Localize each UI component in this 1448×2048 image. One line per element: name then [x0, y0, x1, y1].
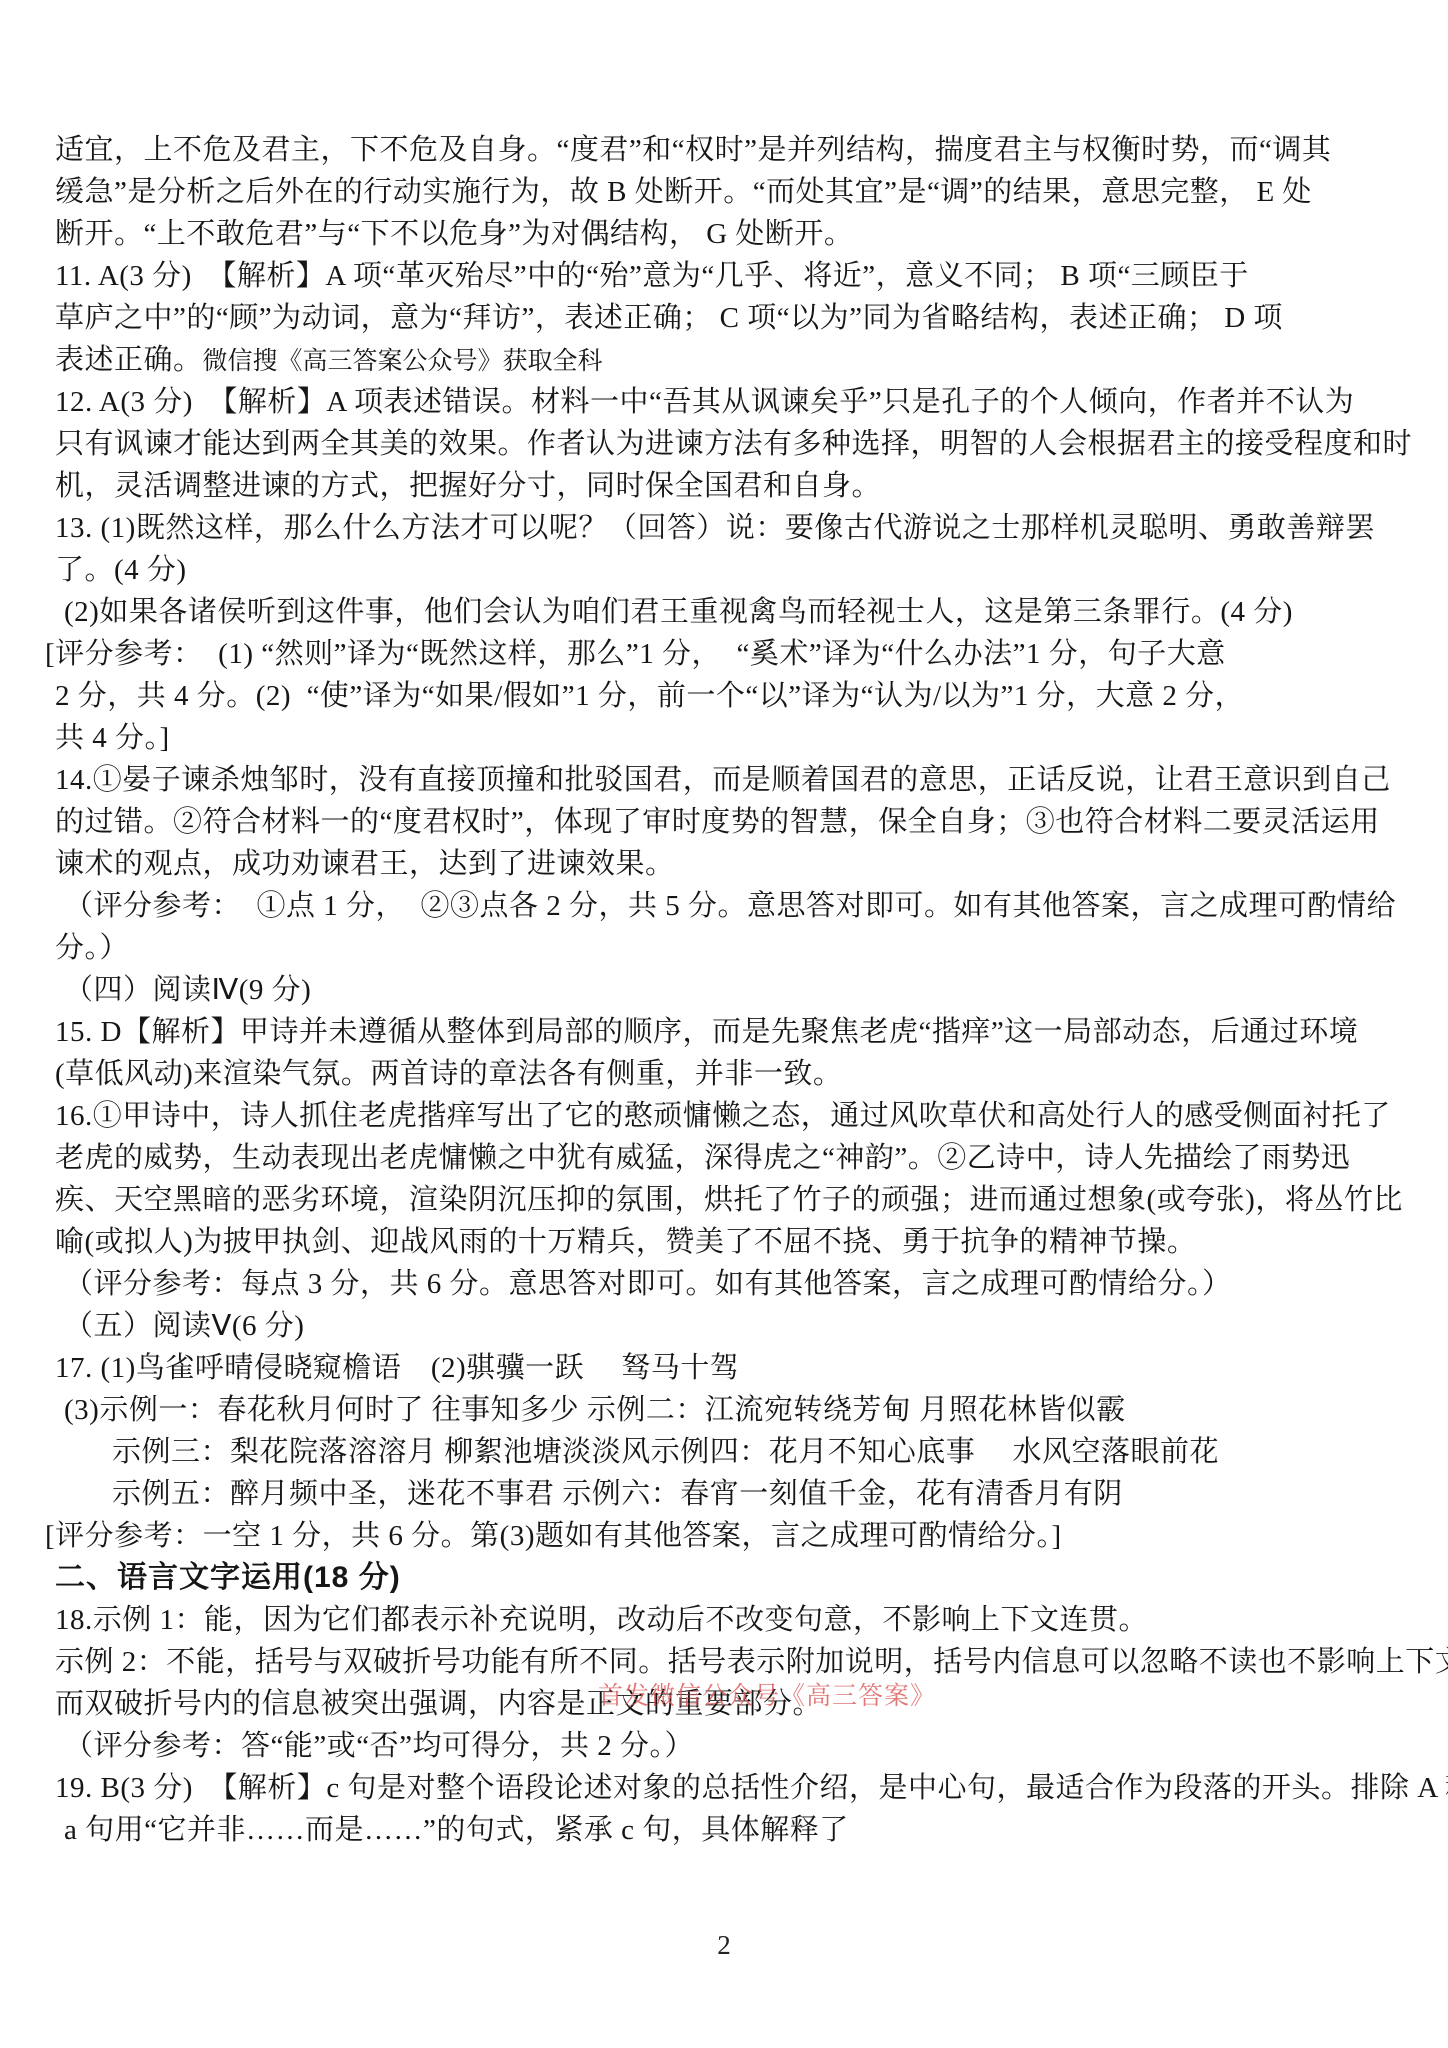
text-line: 机，灵活调整进谏的方式，把握好分寸，同时保全国君和自身。: [55, 465, 1405, 507]
text-line: 断开。“上不敢危君”与“下不以危身”为对偶结构， G 处断开。: [55, 213, 1405, 255]
answer-17-line: 17. (1)鸟雀呼晴侵晓窥檐语 (2)骐骥一跃 驽马十驾: [55, 1347, 1405, 1389]
text-line: 草庐之中”的“顾”为动词，意为“拜访”，表述正确； C 项“以为”同为省略结构，…: [55, 297, 1405, 339]
page-number: 2: [0, 1930, 1448, 1961]
text-line: (3)示例一：春花秋月何时了 往事知多少 示例二：江流宛转绕芳甸 月照花林皆似霰: [55, 1389, 1405, 1431]
section-reading-5-heading: （五）阅读Ⅴ(6 分): [55, 1305, 1405, 1347]
promo-text: 微信搜《高三答案公众号》获取全科: [203, 347, 603, 375]
text-line: (草低风动)来渲染气氛。两首诗的章法各有侧重，并非一致。: [55, 1053, 1405, 1095]
scoring-note-17-line: [评分参考：一空 1 分，共 6 分。第(3)题如有其他答案，言之成理可酌情给分…: [45, 1515, 1405, 1557]
text-line-with-promo: 表述正确。微信搜《高三答案公众号》获取全科: [55, 339, 1405, 381]
text-line: a 句用“它并非……而是……”的句式，紧承 c 句，具体解释了: [55, 1809, 1405, 1851]
answer-18-line: 18.示例 1：能，因为它们都表示补充说明，改动后不改变句意，不影响上下文连贯。: [55, 1599, 1405, 1641]
scoring-note-18-line: （评分参考：答“能”或“否”均可得分，共 2 分。）: [55, 1725, 1405, 1767]
answer-15-line: 15. D【解析】甲诗并未遵循从整体到局部的顺序，而是先聚焦老虎“揩痒”这一局部…: [55, 1011, 1405, 1053]
text-line: 只有讽谏才能达到两全其美的效果。作者认为进谏方法有多种选择，明智的人会根据君主的…: [55, 423, 1405, 465]
text-line: (2)如果各诸侯听到这件事，他们会认为咱们君王重视禽鸟而轻视士人，这是第三条罪行…: [55, 591, 1405, 633]
text-segment: 表述正确。: [55, 344, 203, 376]
answer-12-line: 12. A(3 分) 【解析】A 项表述错误。材料一中“吾其从讽谏矣乎”只是孔子…: [55, 381, 1405, 423]
answer-19-line: 19. B(3 分) 【解析】c 句是对整个语段论述对象的总括性介绍，是中心句，…: [55, 1767, 1405, 1809]
answer-sheet-page: 适宜，上不危及君主，下不危及自身。“度君”和“权时”是并列结构，揣度君主与权衡时…: [0, 0, 1448, 2048]
answer-16-line: 16.①甲诗中，诗人抓住老虎揩痒写出了它的憨顽慵懒之态，通过风吹草伏和高处行人的…: [55, 1095, 1405, 1137]
section-language-use-heading: 二、语言文字运用(18 分): [55, 1557, 1405, 1599]
text-line: 老虎的威势，生动表现出老虎慵懒之中犹有威猛，深得虎之“神韵”。②乙诗中，诗人先描…: [55, 1137, 1405, 1179]
text-line: 缓急”是分析之后外在的行动实施行为，故 B 处断开。“而处其宜”是“调”的结果，…: [55, 171, 1405, 213]
text-line: 疾、天空黑暗的恶劣环境，渲染阴沉压抑的氛围，烘托了竹子的顽强；进而通过想象(或夸…: [55, 1179, 1405, 1221]
document-body: 适宜，上不危及君主，下不危及自身。“度君”和“权时”是并列结构，揣度君主与权衡时…: [55, 129, 1405, 1851]
text-line: 喻(或拟人)为披甲执剑、迎战风雨的十万精兵，赞美了不屈不挠、勇于抗争的精神节操。: [55, 1221, 1405, 1263]
answer-13-line: 13. (1)既然这样，那么什么方法才可以呢？（回答）说：要像古代游说之士那样机…: [55, 507, 1405, 549]
text-line: 2 分，共 4 分。(2) “使”译为“如果/假如”1 分，前一个“以”译为“认…: [55, 675, 1405, 717]
answer-11-line: 11. A(3 分) 【解析】A 项“革灭殆尽”中的“殆”意为“几乎、将近”，意…: [55, 255, 1405, 297]
text-line: 的过错。②符合材料一的“度君权时”，体现了审时度势的智慧，保全自身；③也符合材料…: [55, 801, 1405, 843]
scoring-note-14-line: （评分参考： ①点 1 分， ②③点各 2 分，共 5 分。意思答对即可。如有其…: [55, 885, 1405, 927]
scoring-note-13-line: [评分参考： (1) “然则”译为“既然这样，那么”1 分， “奚术”译为“什么…: [45, 633, 1405, 675]
text-line: 谏术的观点，成功劝谏君王，达到了进谏效果。: [55, 843, 1405, 885]
text-line: 分。）: [55, 927, 1405, 969]
text-line: 示例五：醉月频中圣，迷花不事君 示例六：春宵一刻值千金，花有清香月有阴: [55, 1473, 1405, 1515]
answer-14-line: 14.①晏子谏杀烛邹时，没有直接顶撞和批驳国君，而是顺着国君的意思，正话反说，让…: [55, 759, 1405, 801]
red-watermark-text: 首发微信公众号《高三答案》: [598, 1676, 936, 1712]
text-line: 示例三：梨花院落溶溶月 柳絮池塘淡淡风示例四：花月不知心底事 水风空落眼前花: [55, 1431, 1405, 1473]
text-line: 了。(4 分): [55, 549, 1405, 591]
text-line: 适宜，上不危及君主，下不危及自身。“度君”和“权时”是并列结构，揣度君主与权衡时…: [55, 129, 1405, 171]
scoring-note-16-line: （评分参考：每点 3 分，共 6 分。意思答对即可。如有其他答案，言之成理可酌情…: [55, 1263, 1405, 1305]
section-reading-4-heading: （四）阅读Ⅳ(9 分): [55, 969, 1405, 1011]
text-line: 共 4 分。]: [55, 717, 1405, 759]
